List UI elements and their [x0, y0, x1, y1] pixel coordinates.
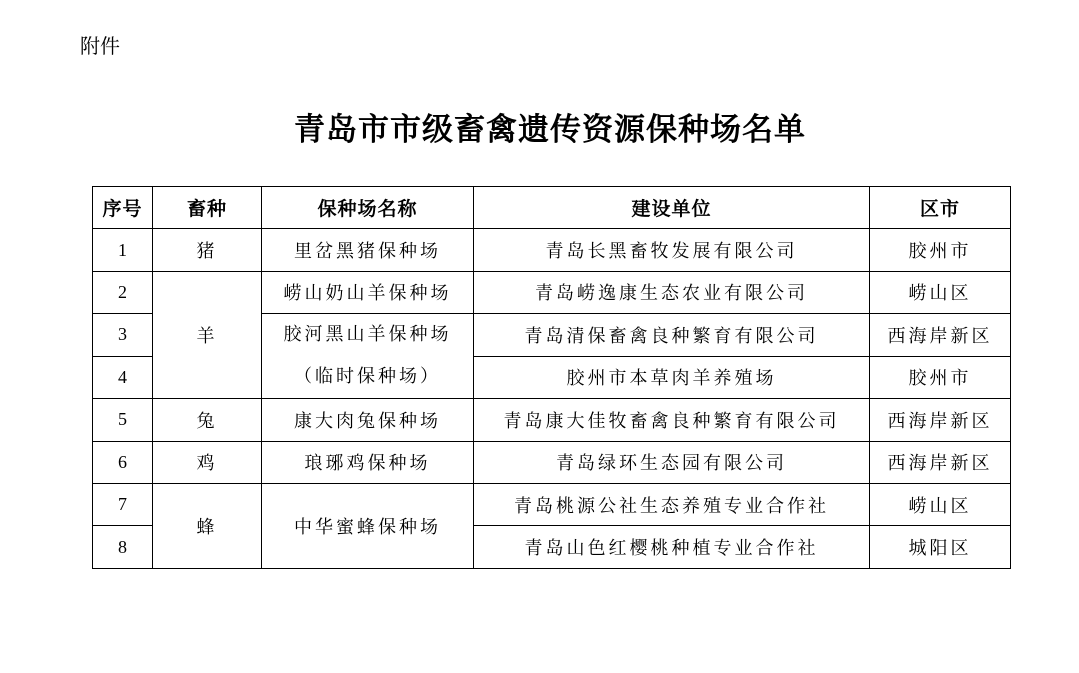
cell-unit: 青岛绿环生态园有限公司	[474, 441, 870, 483]
cell-species: 兔	[153, 399, 262, 441]
header-no: 序号	[93, 187, 153, 229]
cell-species: 蜂	[153, 483, 262, 568]
cell-farm: 里岔黑猪保种场	[262, 229, 474, 271]
cell-no: 5	[93, 399, 153, 441]
cell-district: 崂山区	[870, 271, 1011, 313]
cell-farm: 琅琊鸡保种场	[262, 441, 474, 483]
cell-unit: 青岛桃源公社生态养殖专业合作社	[474, 483, 870, 525]
cell-unit: 胶州市本草肉羊养殖场	[474, 356, 870, 399]
cell-unit: 青岛清保畜禽良种繁育有限公司	[474, 314, 870, 357]
cell-district: 西海岸新区	[870, 399, 1011, 441]
cell-unit: 青岛康大佳牧畜禽良种繁育有限公司	[474, 399, 870, 441]
cell-no: 7	[93, 483, 153, 525]
cell-farm: 崂山奶山羊保种场	[262, 271, 474, 313]
cell-no: 8	[93, 526, 153, 568]
cell-district: 胶州市	[870, 229, 1011, 271]
cell-district: 崂山区	[870, 483, 1011, 525]
cell-unit: 青岛崂逸康生态农业有限公司	[474, 271, 870, 313]
cell-farm: 康大肉兔保种场	[262, 399, 474, 441]
cell-species: 鸡	[153, 441, 262, 483]
table-row: 6 鸡 琅琊鸡保种场 青岛绿环生态园有限公司 西海岸新区	[93, 441, 1011, 483]
table-row: 5 兔 康大肉兔保种场 青岛康大佳牧畜禽良种繁育有限公司 西海岸新区	[93, 399, 1011, 441]
cell-farm: 胶河黑山羊保种场 （临时保种场）	[262, 314, 474, 399]
header-farm: 保种场名称	[262, 187, 474, 229]
table-header-row: 序号 畜种 保种场名称 建设单位 区市	[93, 187, 1011, 229]
cell-farm-line2: （临时保种场）	[262, 356, 473, 398]
cell-district: 城阳区	[870, 526, 1011, 568]
header-unit: 建设单位	[474, 187, 870, 229]
table-row: 1 猪 里岔黑猪保种场 青岛长黑畜牧发展有限公司 胶州市	[93, 229, 1011, 271]
cell-district: 西海岸新区	[870, 314, 1011, 357]
cell-no: 6	[93, 441, 153, 483]
cell-farm-line1: 胶河黑山羊保种场	[262, 314, 473, 356]
breed-farm-table: 序号 畜种 保种场名称 建设单位 区市 1 猪 里岔黑猪保种场 青岛长黑畜牧发展…	[92, 186, 1011, 569]
cell-species: 羊	[153, 271, 262, 398]
cell-no: 2	[93, 271, 153, 313]
cell-farm: 中华蜜蜂保种场	[262, 483, 474, 568]
cell-no: 3	[93, 314, 153, 357]
cell-no: 4	[93, 356, 153, 399]
attachment-label: 附件	[80, 30, 120, 59]
cell-unit: 青岛山色红樱桃种植专业合作社	[474, 526, 870, 568]
cell-district: 西海岸新区	[870, 441, 1011, 483]
cell-species: 猪	[153, 229, 262, 271]
cell-district: 胶州市	[870, 356, 1011, 399]
header-district: 区市	[870, 187, 1011, 229]
table-row: 7 蜂 中华蜜蜂保种场 青岛桃源公社生态养殖专业合作社 崂山区	[93, 483, 1011, 525]
cell-no: 1	[93, 229, 153, 271]
table-row: 2 羊 崂山奶山羊保种场 青岛崂逸康生态农业有限公司 崂山区	[93, 271, 1011, 313]
document-title: 青岛市市级畜禽遗传资源保种场名单	[0, 104, 1079, 149]
cell-unit: 青岛长黑畜牧发展有限公司	[474, 229, 870, 271]
header-species: 畜种	[153, 187, 262, 229]
